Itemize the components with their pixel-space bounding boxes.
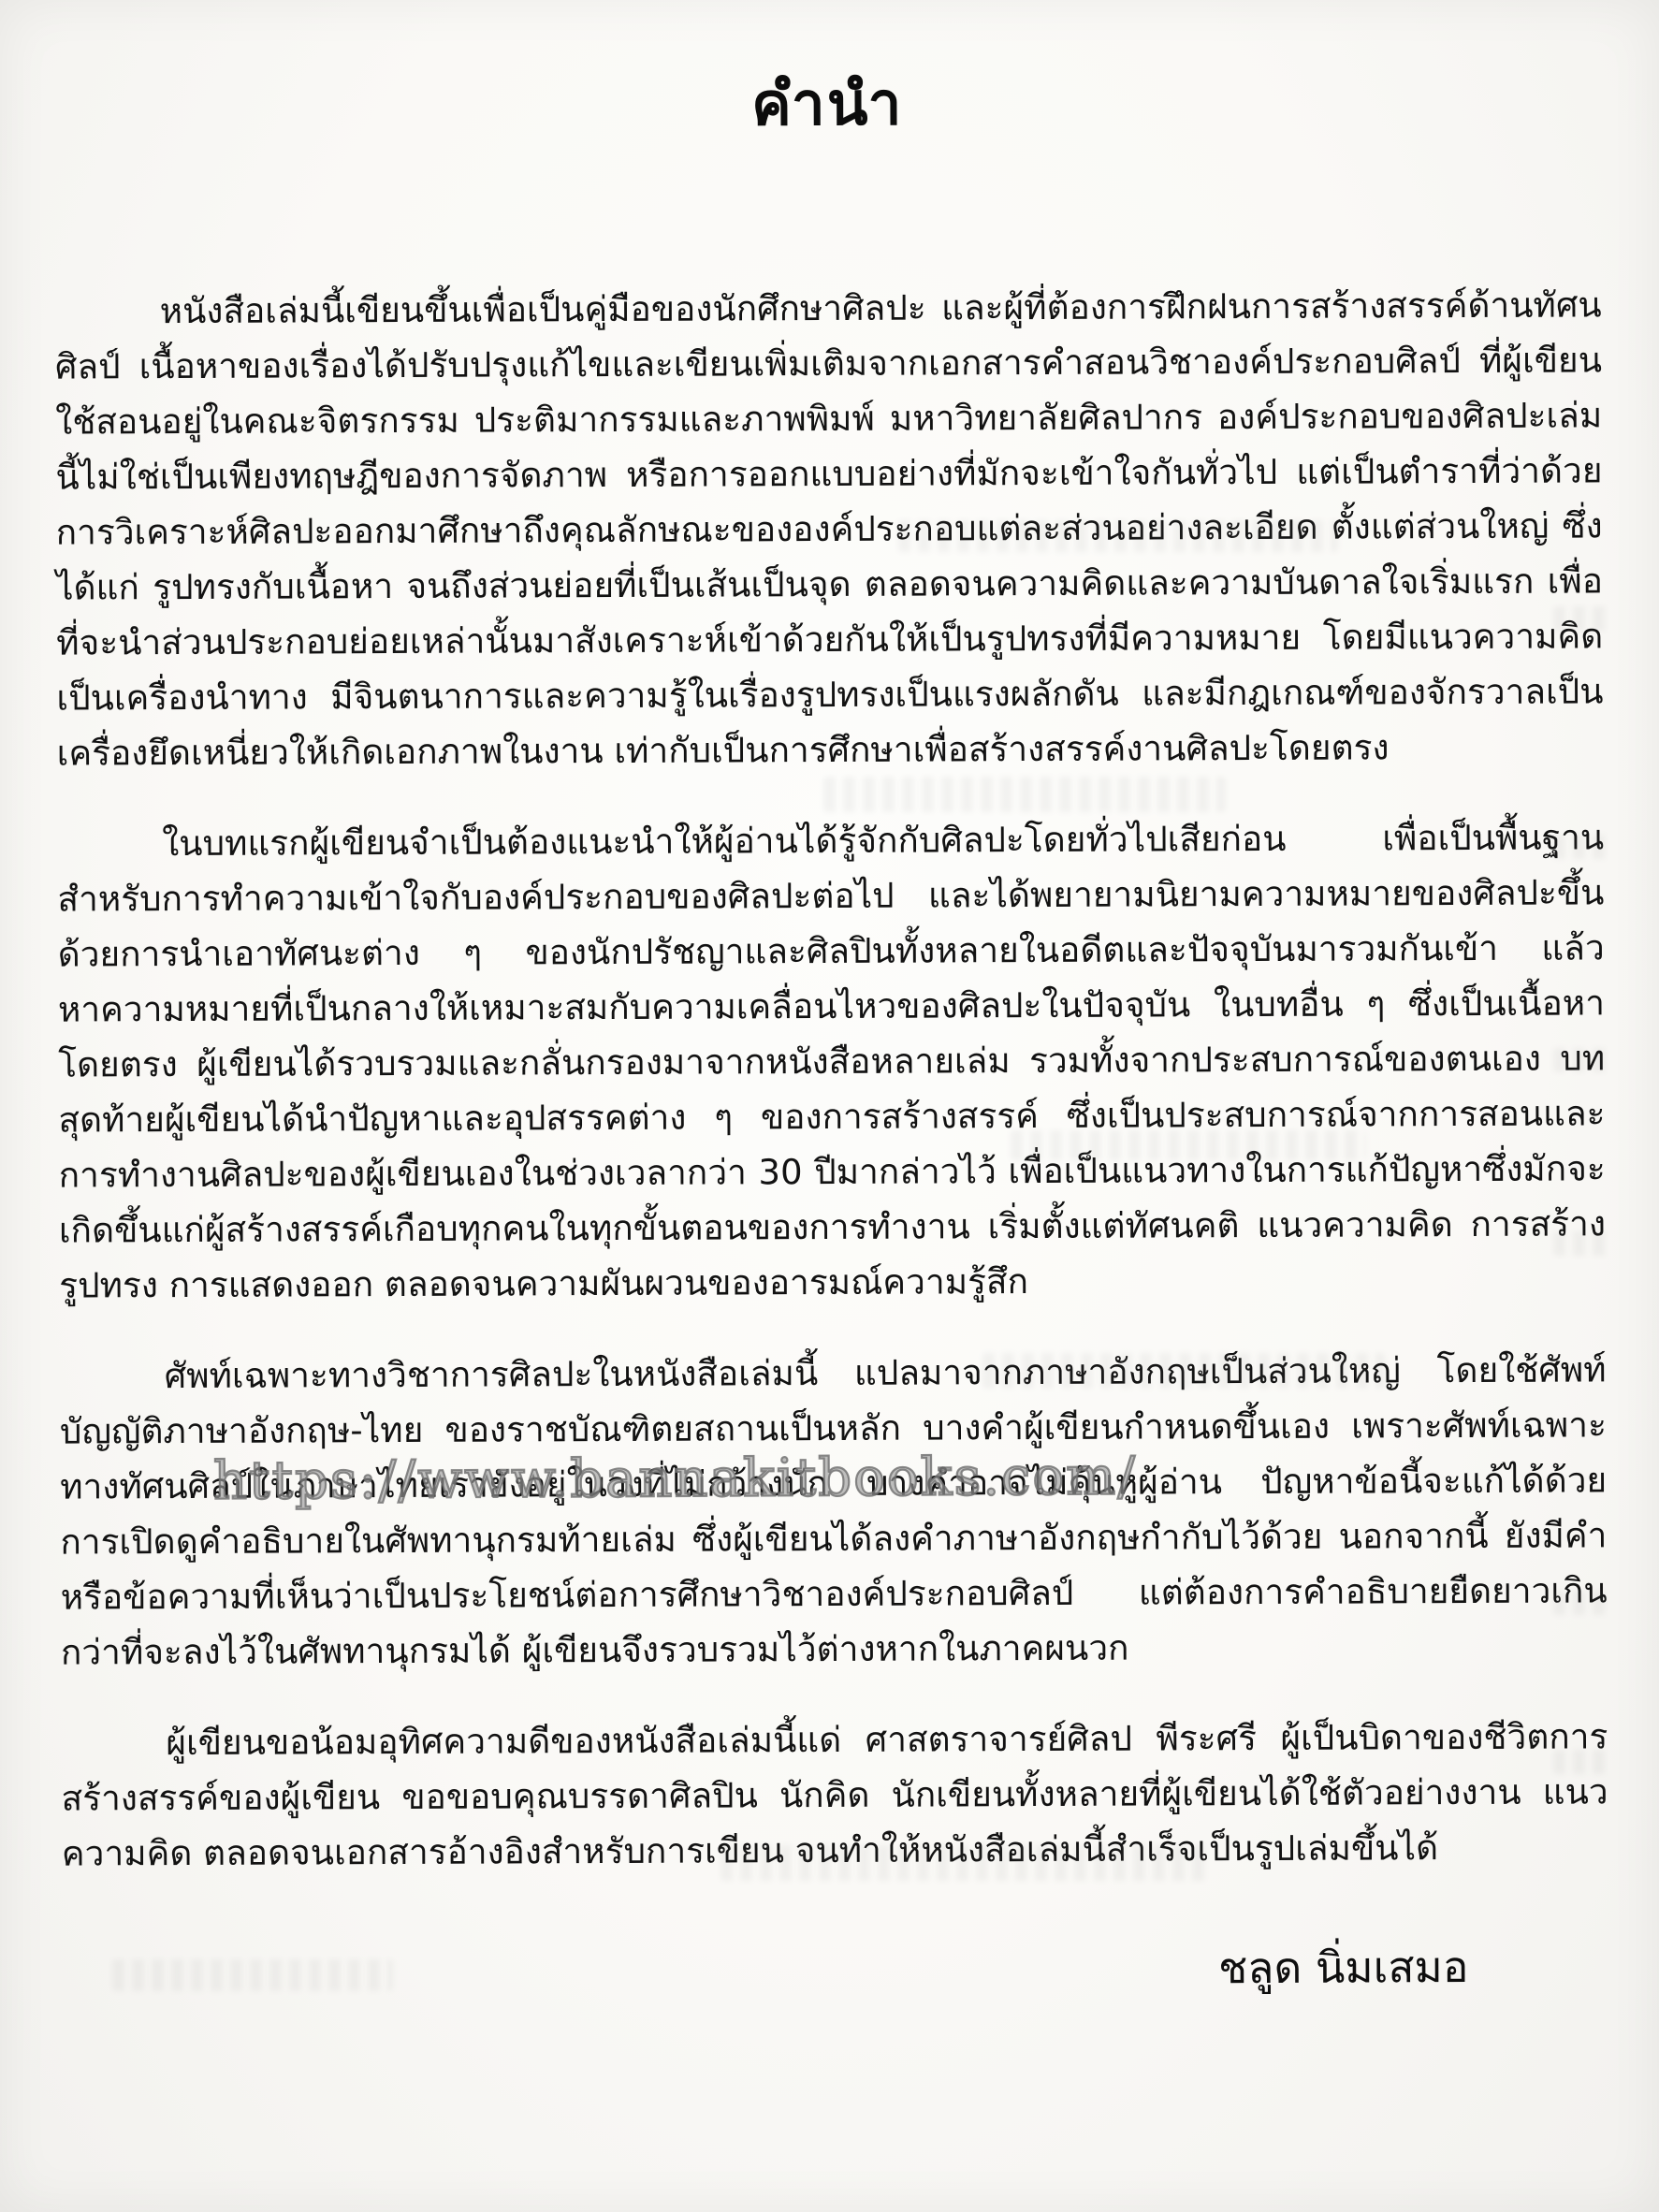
paragraph-dedication: ผู้เขียนขอน้อมอุทิศความดีของหนังสือเล่มน… — [61, 1709, 1608, 1881]
page-content: คำนำ หนังสือเล่มนี้เขียนขึ้นเพื่อเป็นคู่… — [53, 32, 1608, 2007]
paragraph-terminology: ศัพท์เฉพาะทางวิชาการศิลปะในหนังสือเล่มนี… — [60, 1342, 1608, 1680]
paragraph-chapters: ในบทแรกผู้เขียนจำเป็นต้องแนะนำให้ผู้อ่าน… — [57, 809, 1606, 1313]
paragraph-intro: หนังสือเล่มนี้เขียนขึ้นเพื่อเป็นคู่มือขอ… — [55, 277, 1604, 780]
page-title: คำนำ — [54, 52, 1601, 154]
author-signature: ชลูด นิ่มเสมอ — [62, 1932, 1608, 2007]
scanned-book-page: คำนำ หนังสือเล่มนี้เขียนขึ้นเพื่อเป็นคู่… — [0, 0, 1659, 2212]
